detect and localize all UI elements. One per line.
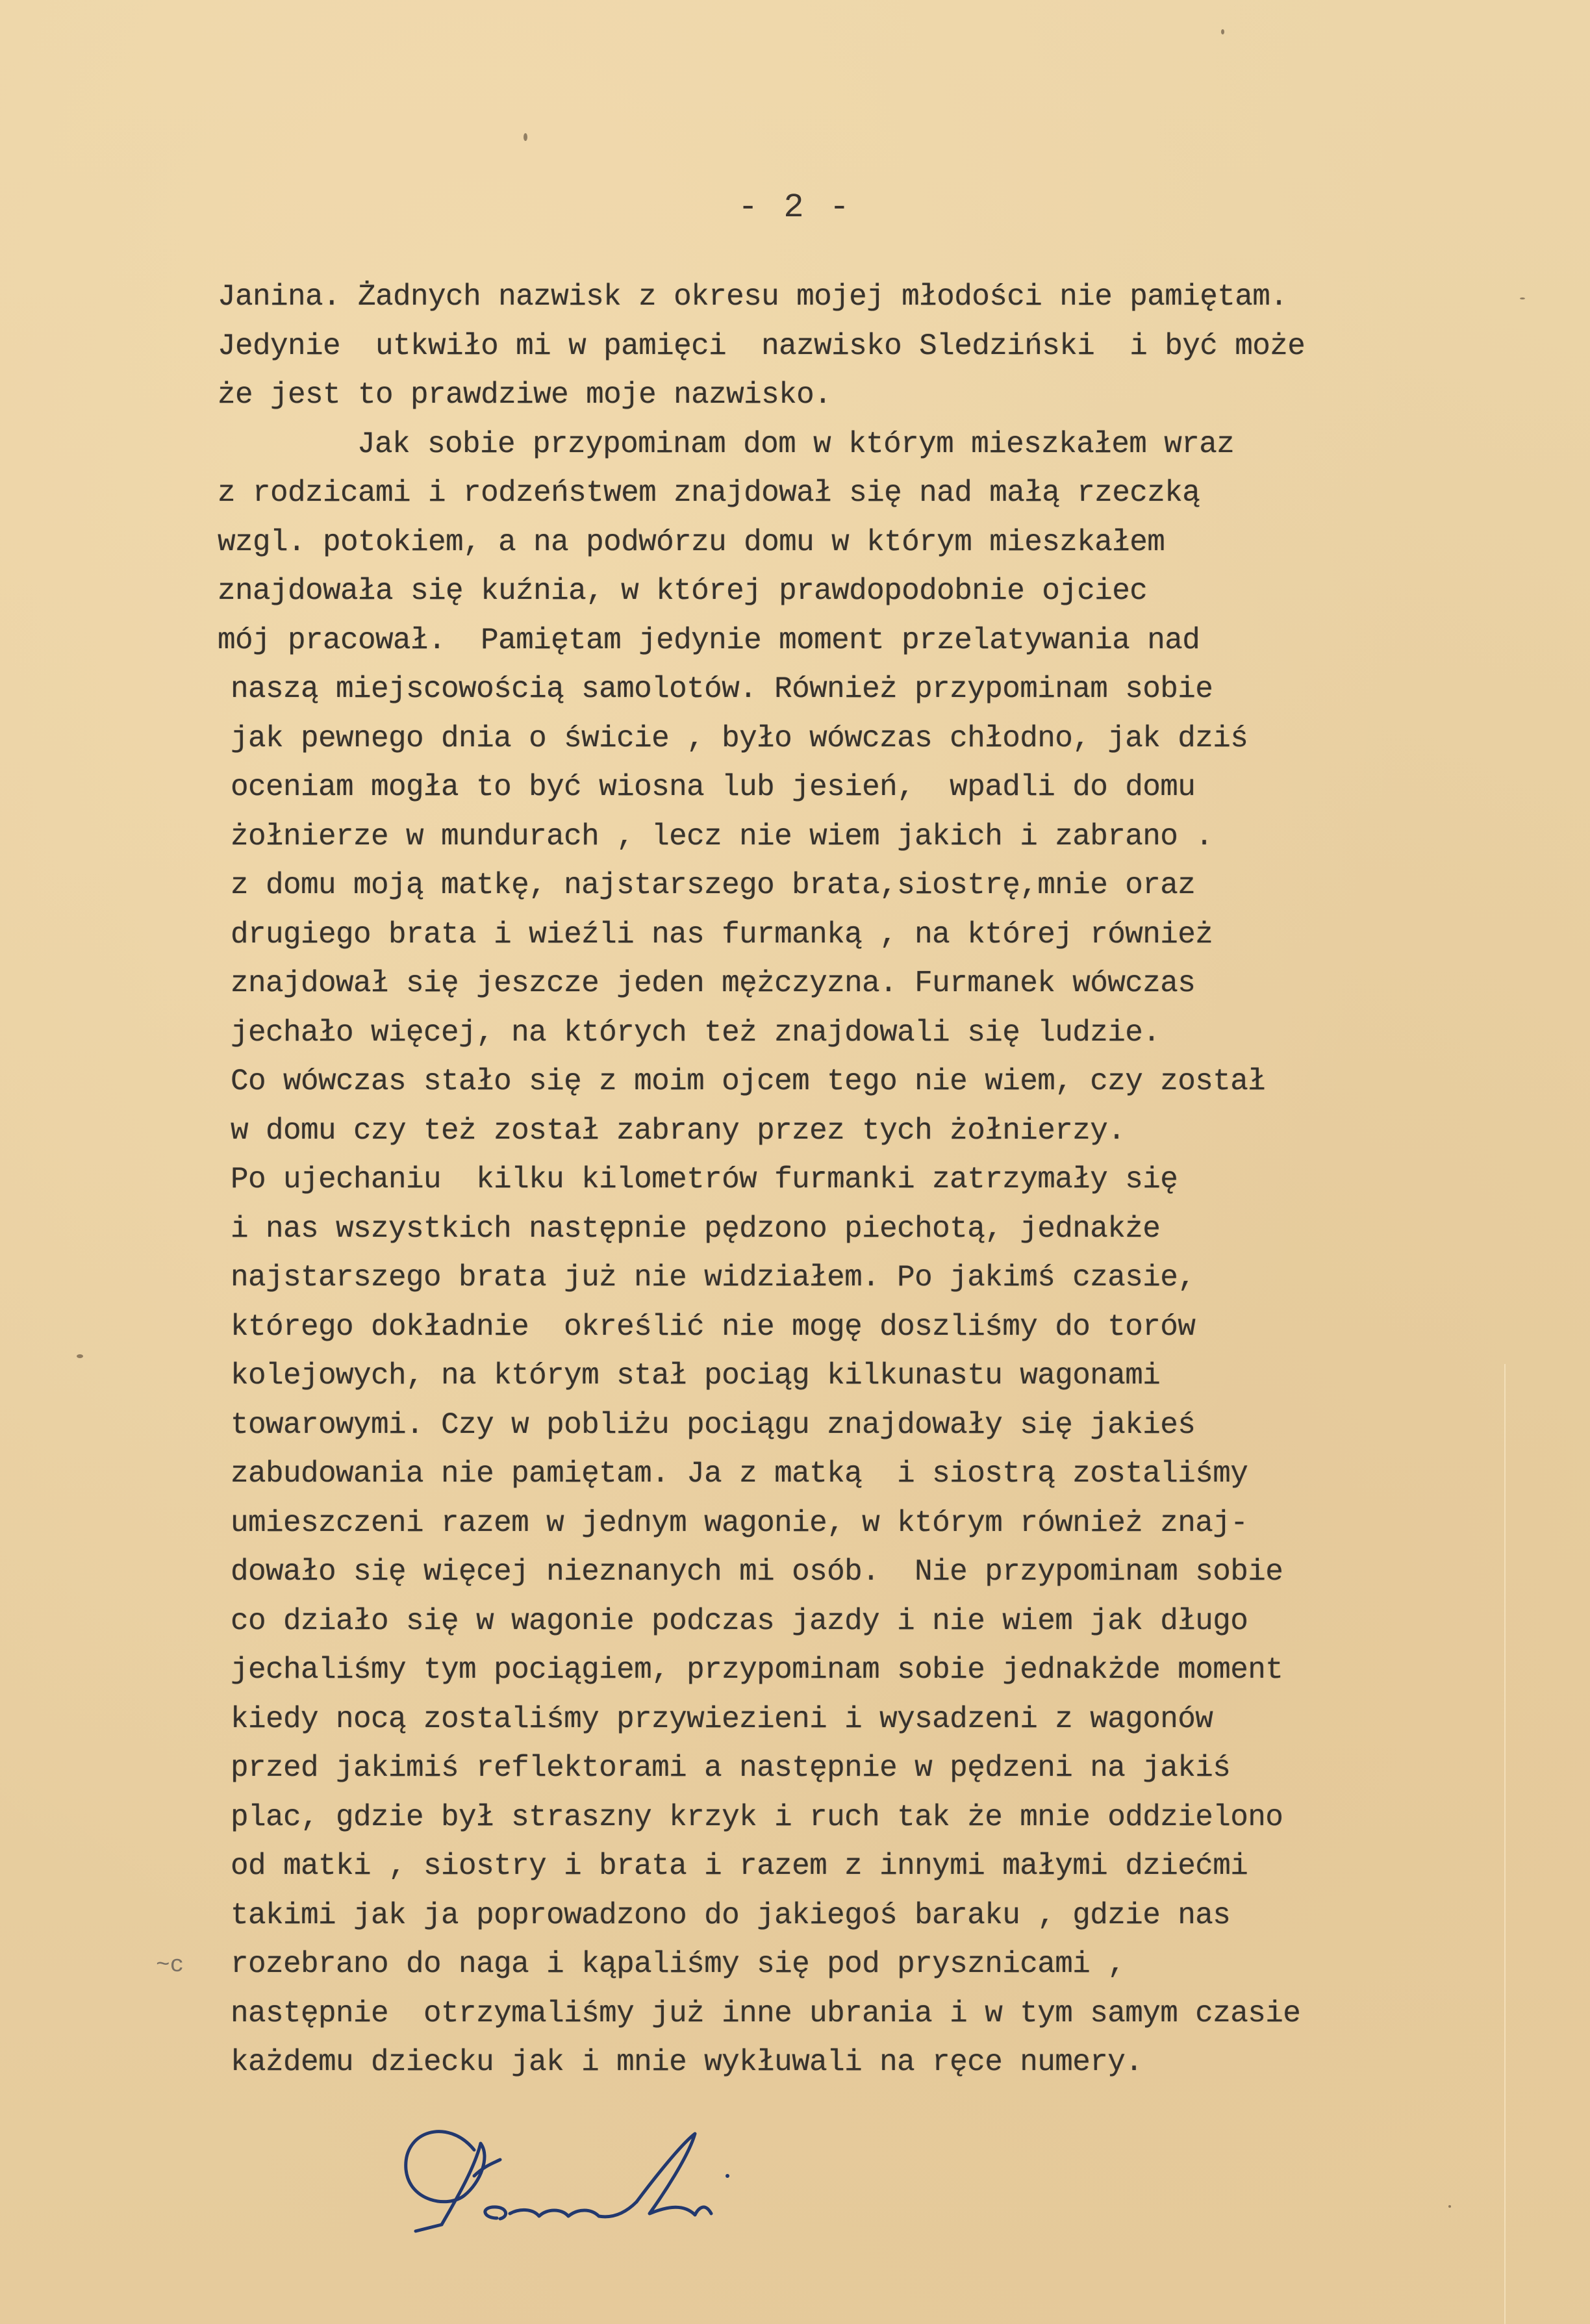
text-line: Jedynie utkwiło mi w pamięci nazwisko Sl… — [218, 322, 1484, 372]
text-line: takimi jak ja poprowadzono do jakiegoś b… — [218, 1891, 1484, 1941]
text-line: że jest to prawdziwe moje nazwisko. — [218, 371, 1484, 420]
text-line: którego dokładnie określić nie mogę dosz… — [218, 1303, 1484, 1352]
text-line: dowało się więcej nieznanych mi osób. Ni… — [218, 1548, 1484, 1597]
text-line: naszą miejscowością samolotów. Również p… — [218, 665, 1484, 714]
text-line: wzgl. potokiem, a na podwórzu domu w któ… — [218, 518, 1484, 568]
text-line: znajdował się jeszcze jeden mężczyzna. F… — [218, 959, 1484, 1009]
paper-speck — [77, 1354, 83, 1358]
text-line: oceniam mogła to być wiosna lub jesień, … — [218, 763, 1484, 813]
text-line: przed jakimiś reflektorami a następnie w… — [218, 1744, 1484, 1793]
text-line: Co wówczas stało się z moim ojcem tego n… — [218, 1057, 1484, 1107]
paper-speck — [1448, 2205, 1451, 2208]
paper-speck — [1221, 29, 1224, 34]
paragraph-start-line: Jak sobie przypominam dom w którym miesz… — [218, 420, 1484, 470]
text-line: plac, gdzie był straszny krzyk i ruch ta… — [218, 1793, 1484, 1843]
text-line: z domu moją matkę, najstarszego brata,si… — [218, 861, 1484, 911]
text-line: najstarszego brata już nie widziałem. Po… — [218, 1254, 1484, 1303]
text-line: w domu czy też został zabrany przez tych… — [218, 1107, 1484, 1156]
typewritten-body: Janina. Żadnych nazwisk z okresu mojej m… — [218, 273, 1484, 2088]
text-line: umieszczeni razem w jednym wagonie, w kt… — [218, 1499, 1484, 1548]
text-line: od matki , siostry i brata i razem z inn… — [218, 1842, 1484, 1891]
page-number: - 2 - — [0, 188, 1590, 227]
handwritten-signature — [377, 2104, 779, 2234]
text-line: co działo się w wagonie podczas jazdy i … — [218, 1597, 1484, 1647]
text-line: rozebrano do naga i kąpaliśmy się pod pr… — [218, 1940, 1484, 1989]
text-line: zabudowania nie pamiętam. Ja z matką i s… — [218, 1450, 1484, 1499]
text-line: drugiego brata i wieźli nas furmanką , n… — [218, 911, 1484, 960]
text-line: Po ujechaniu kilku kilometrów furmanki z… — [218, 1156, 1484, 1205]
margin-pencil-mark: ~c — [156, 1952, 184, 1978]
text-line: żołnierze w mundurach , lecz nie wiem ja… — [218, 813, 1484, 862]
text-line: i nas wszystkich następnie pędzono piech… — [218, 1205, 1484, 1254]
paper-fold-line — [1504, 1364, 1506, 2324]
text-line: towarowymi. Czy w pobliżu pociągu znajdo… — [218, 1401, 1484, 1450]
text-line: jechaliśmy tym pociągiem, przypominam so… — [218, 1646, 1484, 1695]
text-line: znajdowała się kuźnia, w której prawdopo… — [218, 567, 1484, 616]
paper-speck — [1520, 297, 1525, 299]
text-line: Janina. Żadnych nazwisk z okresu mojej m… — [218, 273, 1484, 322]
text-line: następnie otrzymaliśmy już inne ubrania … — [218, 1989, 1484, 2039]
text-line: kolejowych, na którym stał pociąg kilkun… — [218, 1352, 1484, 1401]
text-line: jechało więcej, na których też znajdowal… — [218, 1009, 1484, 1058]
text-line: jak pewnego dnia o świcie , było wówczas… — [218, 714, 1484, 764]
text-line: z rodzicami i rodzeństwem znajdował się … — [218, 469, 1484, 518]
text-line: mój pracował. Pamiętam jedynie moment pr… — [218, 616, 1484, 666]
text-line: każdemu dziecku jak i mnie wykłuwali na … — [218, 2038, 1484, 2088]
text-line: kiedy nocą zostaliśmy przywiezieni i wys… — [218, 1695, 1484, 1745]
paper-speck — [524, 133, 527, 141]
